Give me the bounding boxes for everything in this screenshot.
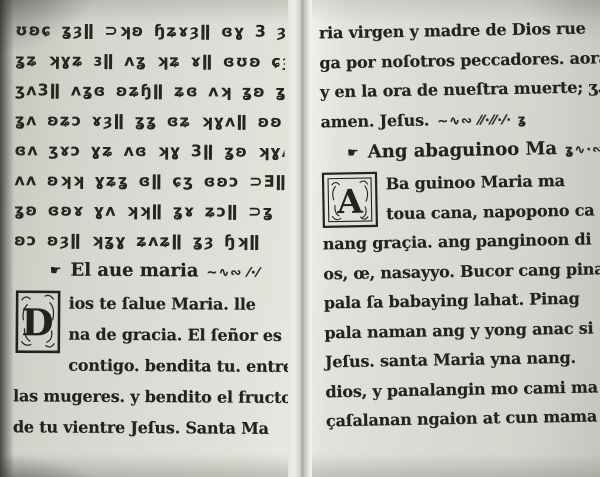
text-line: ria virgen y madre de Dios rue	[319, 13, 597, 48]
text-line: contigo. bendita tu. entre todas	[13, 349, 283, 382]
amen-text: amen. Jeſus.	[320, 110, 429, 131]
flourish-icon: ∼∿∾ ⁄⁄∙⁄⁄∙⁄∙ ʓ	[437, 112, 527, 129]
text-line: pala ſa babaying lahat. Pinag	[324, 283, 600, 318]
drop-cap-initial-a: A	[321, 171, 378, 228]
baybayin-line: ʒʌ3ǁ ʌʓɞ ʚʑɧǁ ʑɞ ʌʞ ʓʚ ʓǁ	[15, 75, 285, 107]
text-line: Jeſus. santa Maria yna nang.	[325, 342, 600, 377]
text-line: çaſalanan ngaion at cun mama	[326, 401, 600, 436]
svg-text:D: D	[21, 300, 53, 344]
aba-guinoo-tagalog-paragraph: A Ba guinoo Maria ma toua cana, napopono…	[321, 165, 600, 436]
drop-cap-initial-d: D	[15, 290, 60, 353]
page-gutter	[288, 0, 312, 477]
book-photo: ʊʚɕ ʓȝǁ ⊃ʞʚ ɧʑɤȝǁ ɞɣ 3 ȝǁ ʓʑ ʞɣʑ ɜǁ ʌʓ ʞ…	[0, 0, 600, 477]
baybayin-line: ʓʌ ʚʑɔ ɤȝǁ ʓʓ ɞʑ ʞɣʌǁ ʚʚ	[15, 105, 285, 137]
manicule-icon: ☛	[50, 263, 62, 278]
text-line: de tu vientre Jeſus. Santa Ma	[13, 411, 283, 444]
baybayin-line: ʌʌ ʚʞʞ ɣʑʓ ɞǁ ɕʒ ɞʚɔ ⊃Ǝǁ ʌ	[14, 165, 284, 197]
baybayin-line: ʓʚ ɞʚɤ ɣʌ ʞʞǁ ʓɤ ʑɔǁ ⊃ʓ	[14, 195, 284, 227]
ave-maria-heading: ☛El aue maria∼∿∾ ⁄∙⁄	[14, 255, 284, 289]
aba-guinoo-heading: ☛Ang abaguinoo Maʓ∿∙∾	[321, 133, 600, 170]
svg-text:A: A	[336, 182, 364, 221]
left-page: ʊʚɕ ʓȝǁ ⊃ʞʚ ɧʑɤȝǁ ɞɣ 3 ȝǁ ʓʑ ʞɣʑ ɜǁ ʌʓ ʞ…	[0, 0, 288, 477]
flourish-icon: ʓ∿∙∾	[565, 142, 600, 158]
heading-text: Ang abaguinoo Ma	[368, 138, 558, 162]
manicule-icon: ☛	[347, 146, 359, 161]
right-page-content: ria virgen y madre de Dios rue ga por no…	[310, 0, 600, 477]
flourish-icon: ∼∿∾ ⁄∙⁄	[206, 265, 260, 280]
right-page: ria virgen y madre de Dios rue ga por no…	[312, 0, 600, 477]
baybayin-line: ɞʌ ʒɤɔ ɣʑ ʌɞ ʞɣ 3ǁ ʓʚ ʞɣʌǁ	[14, 135, 284, 167]
ave-maria-spanish-paragraph: D ios te ſalue Maria. lle na de gracia. …	[13, 287, 284, 444]
amen-line: amen. Jeſus.∼∿∾ ⁄⁄∙⁄⁄∙⁄∙ ʓ	[320, 102, 599, 139]
text-line: nang graçia. ang panginoon di	[322, 224, 600, 259]
baybayin-line: ʊʚɕ ʓȝǁ ⊃ʞʚ ɧʑɤȝǁ ɞɣ 3 ȝǁ	[15, 15, 285, 47]
left-page-content: ʊʚɕ ʓȝǁ ⊃ʞʚ ɧʑɤȝǁ ɞɣ 3 ȝǁ ʓʑ ʞɣʑ ɜǁ ʌʓ ʞ…	[0, 0, 289, 477]
heading-text: El aue maria	[70, 260, 198, 282]
text-line: y en la ora de nueſtra muerte; ʒ.	[320, 72, 598, 107]
baybayin-line: ʓʑ ʞɣʑ ɜǁ ʌʓ ʞʑ ɤǁ ɞʊʚ ɕȝǁ	[15, 45, 285, 77]
text-line: las mugeres. y bendito el fructo.	[13, 380, 283, 413]
baybayin-line: ʚɔ ʚȝǁ ʞʓɣ ʑʌʑǁ ʓȝ ɧʞǁ	[14, 225, 284, 257]
